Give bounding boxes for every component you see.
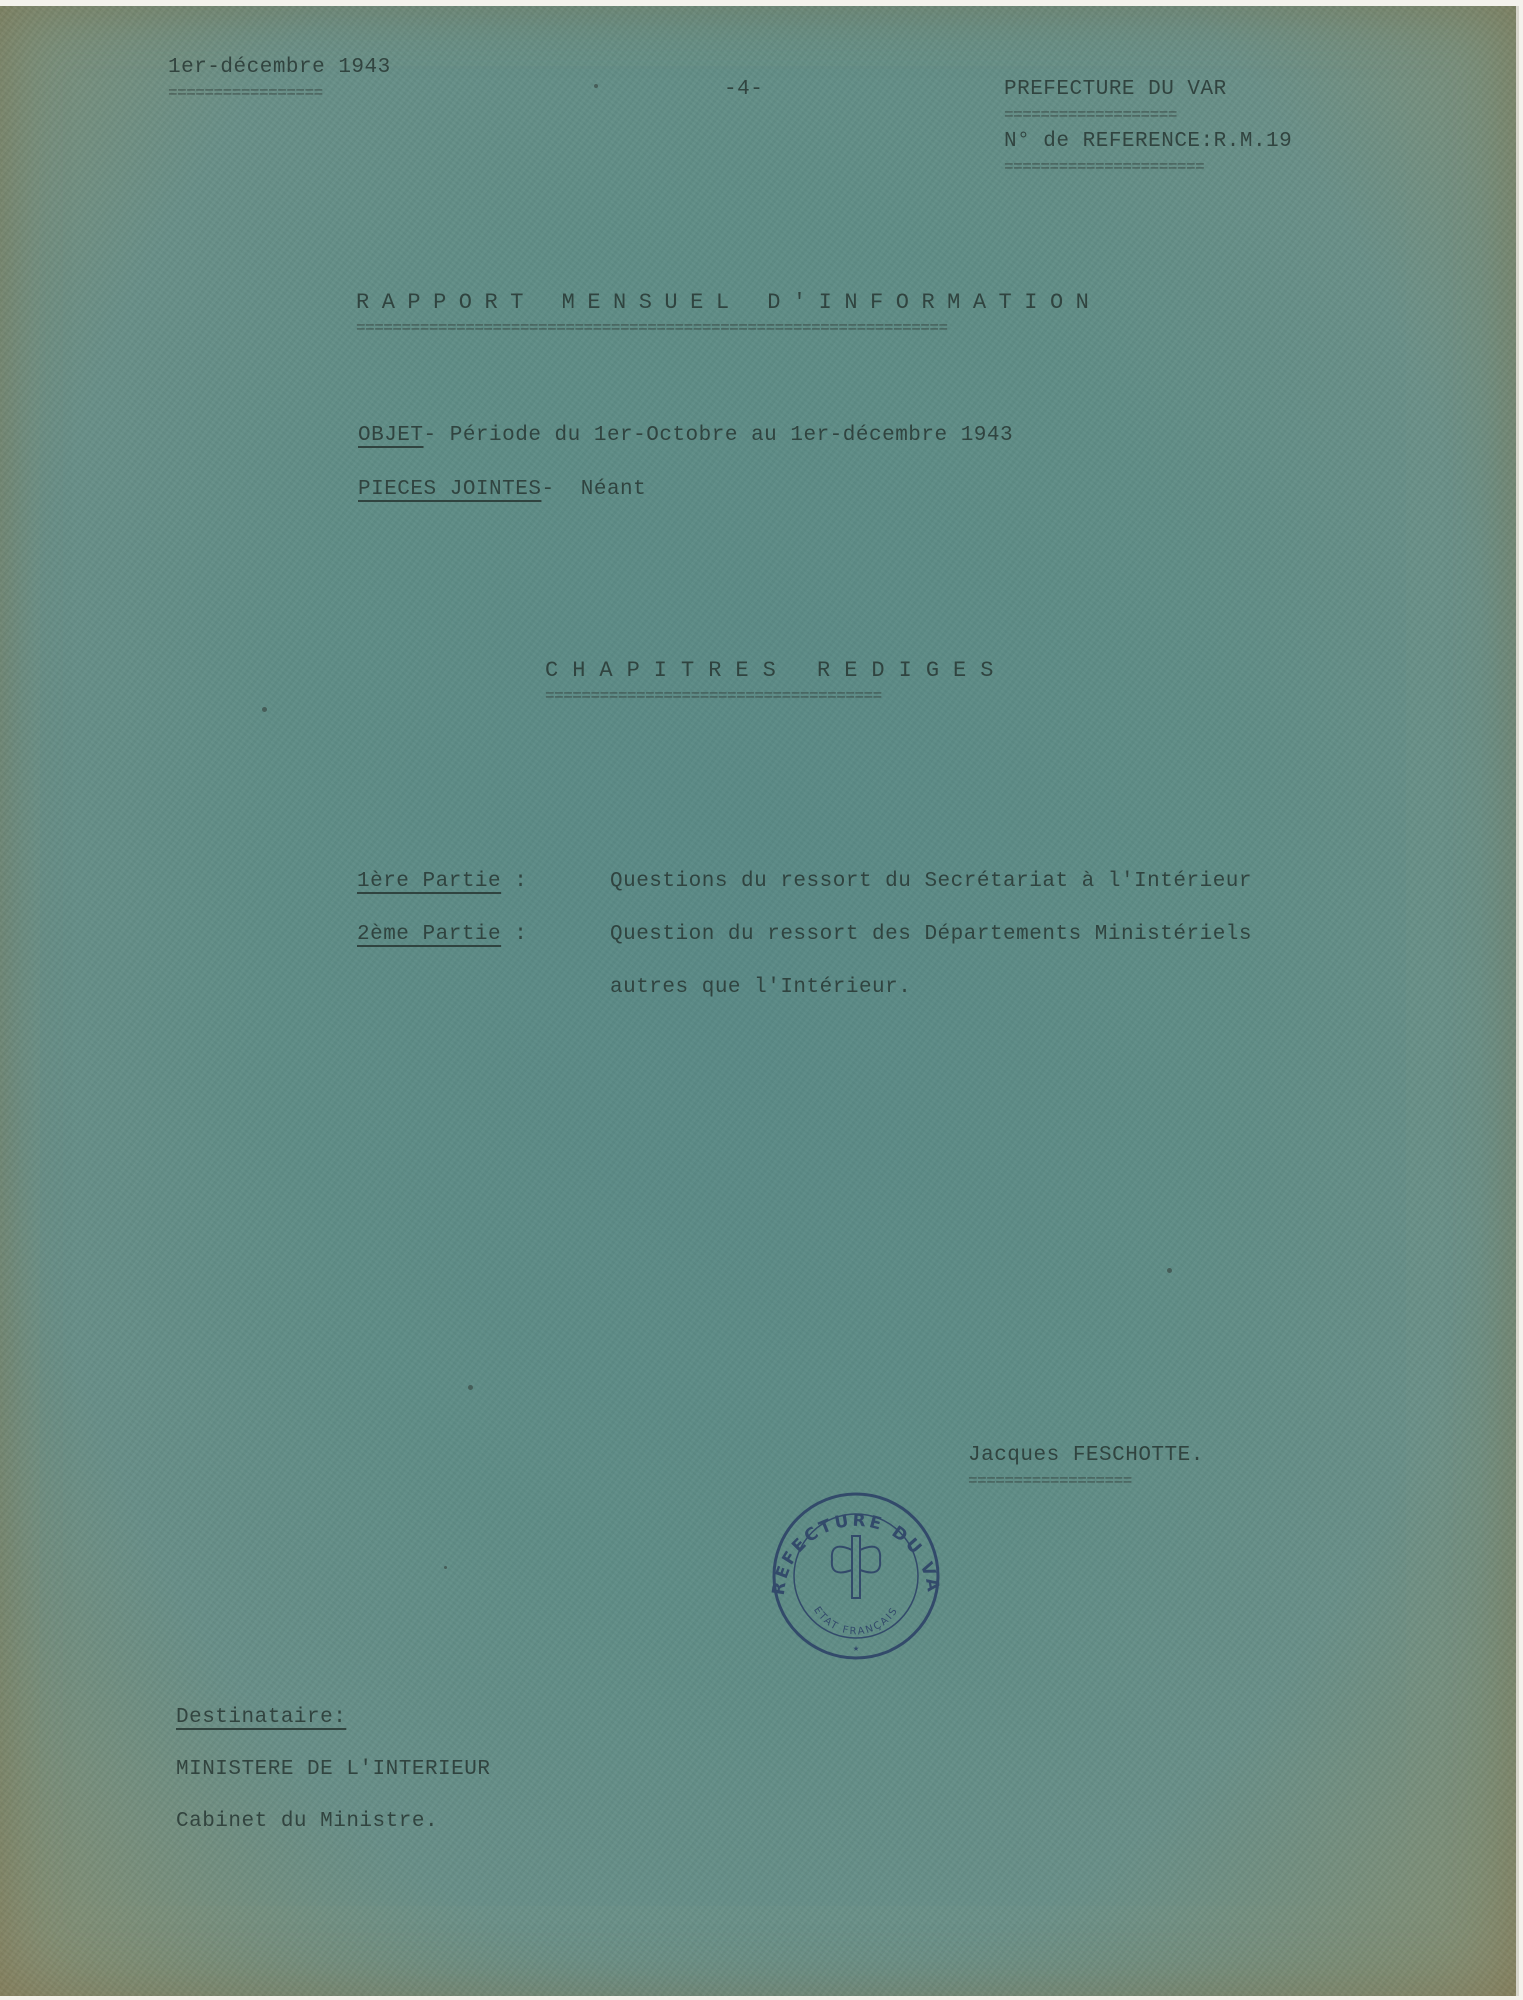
chapter-separator: :: [514, 870, 527, 893]
page-number: -4-: [724, 78, 763, 101]
stamp-inner-text: ETAT FRANÇAIS: [811, 1605, 901, 1638]
prefecture-stamp: PREFECTURE DU VAR ETAT FRANÇAIS ★: [758, 1488, 954, 1664]
paper-speck: [262, 707, 267, 712]
chapters-heading: CHAPITRES REDIGES: [545, 658, 1007, 683]
recipient-ministry: MINISTERE DE L'INTERIEUR: [176, 1758, 490, 1781]
date-underline-rule: =================: [168, 84, 430, 102]
title-underline-rule: ========================================…: [356, 319, 1208, 337]
paper-speck: [444, 1566, 447, 1569]
document-sheet: 1er-décembre 1943 ================= -4- …: [0, 6, 1519, 1996]
issuer-underline-rule: ===================: [1004, 106, 1266, 124]
signatory-underline-rule: ==================: [968, 1472, 1230, 1490]
paper-speck: [1167, 1268, 1172, 1273]
pieces-jointes-line: PIECES JOINTES- Néant: [358, 478, 646, 501]
chapter-label: 1ère Partie: [357, 870, 501, 893]
chapter-separator: :: [514, 923, 527, 946]
stamp-outer-text: PREFECTURE DU VAR: [758, 1488, 943, 1596]
chapter-text: Question du ressort des Départements Min…: [610, 923, 1252, 946]
chapter-text: Questions du ressort du Secrétariat à l'…: [610, 870, 1252, 893]
pieces-jointes-value: - Néant: [541, 478, 646, 501]
reference-underline-rule: ======================: [1004, 158, 1344, 176]
objet-line: OBJET- Période du 1er-Octobre au 1er-déc…: [358, 424, 1013, 447]
francisque-axe-icon: [832, 1536, 880, 1598]
chapter-item: 2ème Partie :: [357, 923, 527, 946]
recipient-cabinet: Cabinet du Ministre.: [176, 1810, 438, 1833]
issuer-name: PREFECTURE DU VAR: [1004, 78, 1227, 101]
chapter-text-continuation: autres que l'Intérieur.: [610, 976, 911, 999]
report-title: RAPPORT MENSUEL D'INFORMATION: [356, 290, 1101, 315]
paper-speck: [468, 1385, 473, 1390]
stamp-star-icon: ★: [853, 1644, 859, 1655]
objet-label: OBJET: [358, 424, 424, 447]
objet-value: - Période du 1er-Octobre au 1er-décembre…: [424, 424, 1014, 447]
signatory-name: Jacques FESCHOTTE.: [968, 1444, 1204, 1467]
document-date: 1er-décembre 1943: [168, 56, 391, 79]
chapters-underline-rule: =====================================: [545, 687, 1053, 705]
pieces-jointes-label: PIECES JOINTES: [358, 478, 541, 501]
chapter-label: 2ème Partie: [357, 923, 501, 946]
reference-number: N° de REFERENCE:R.M.19: [1004, 130, 1292, 153]
chapter-item: 1ère Partie :: [357, 870, 527, 893]
paper-speck: [594, 84, 598, 88]
recipient-label: Destinataire:: [176, 1706, 346, 1729]
